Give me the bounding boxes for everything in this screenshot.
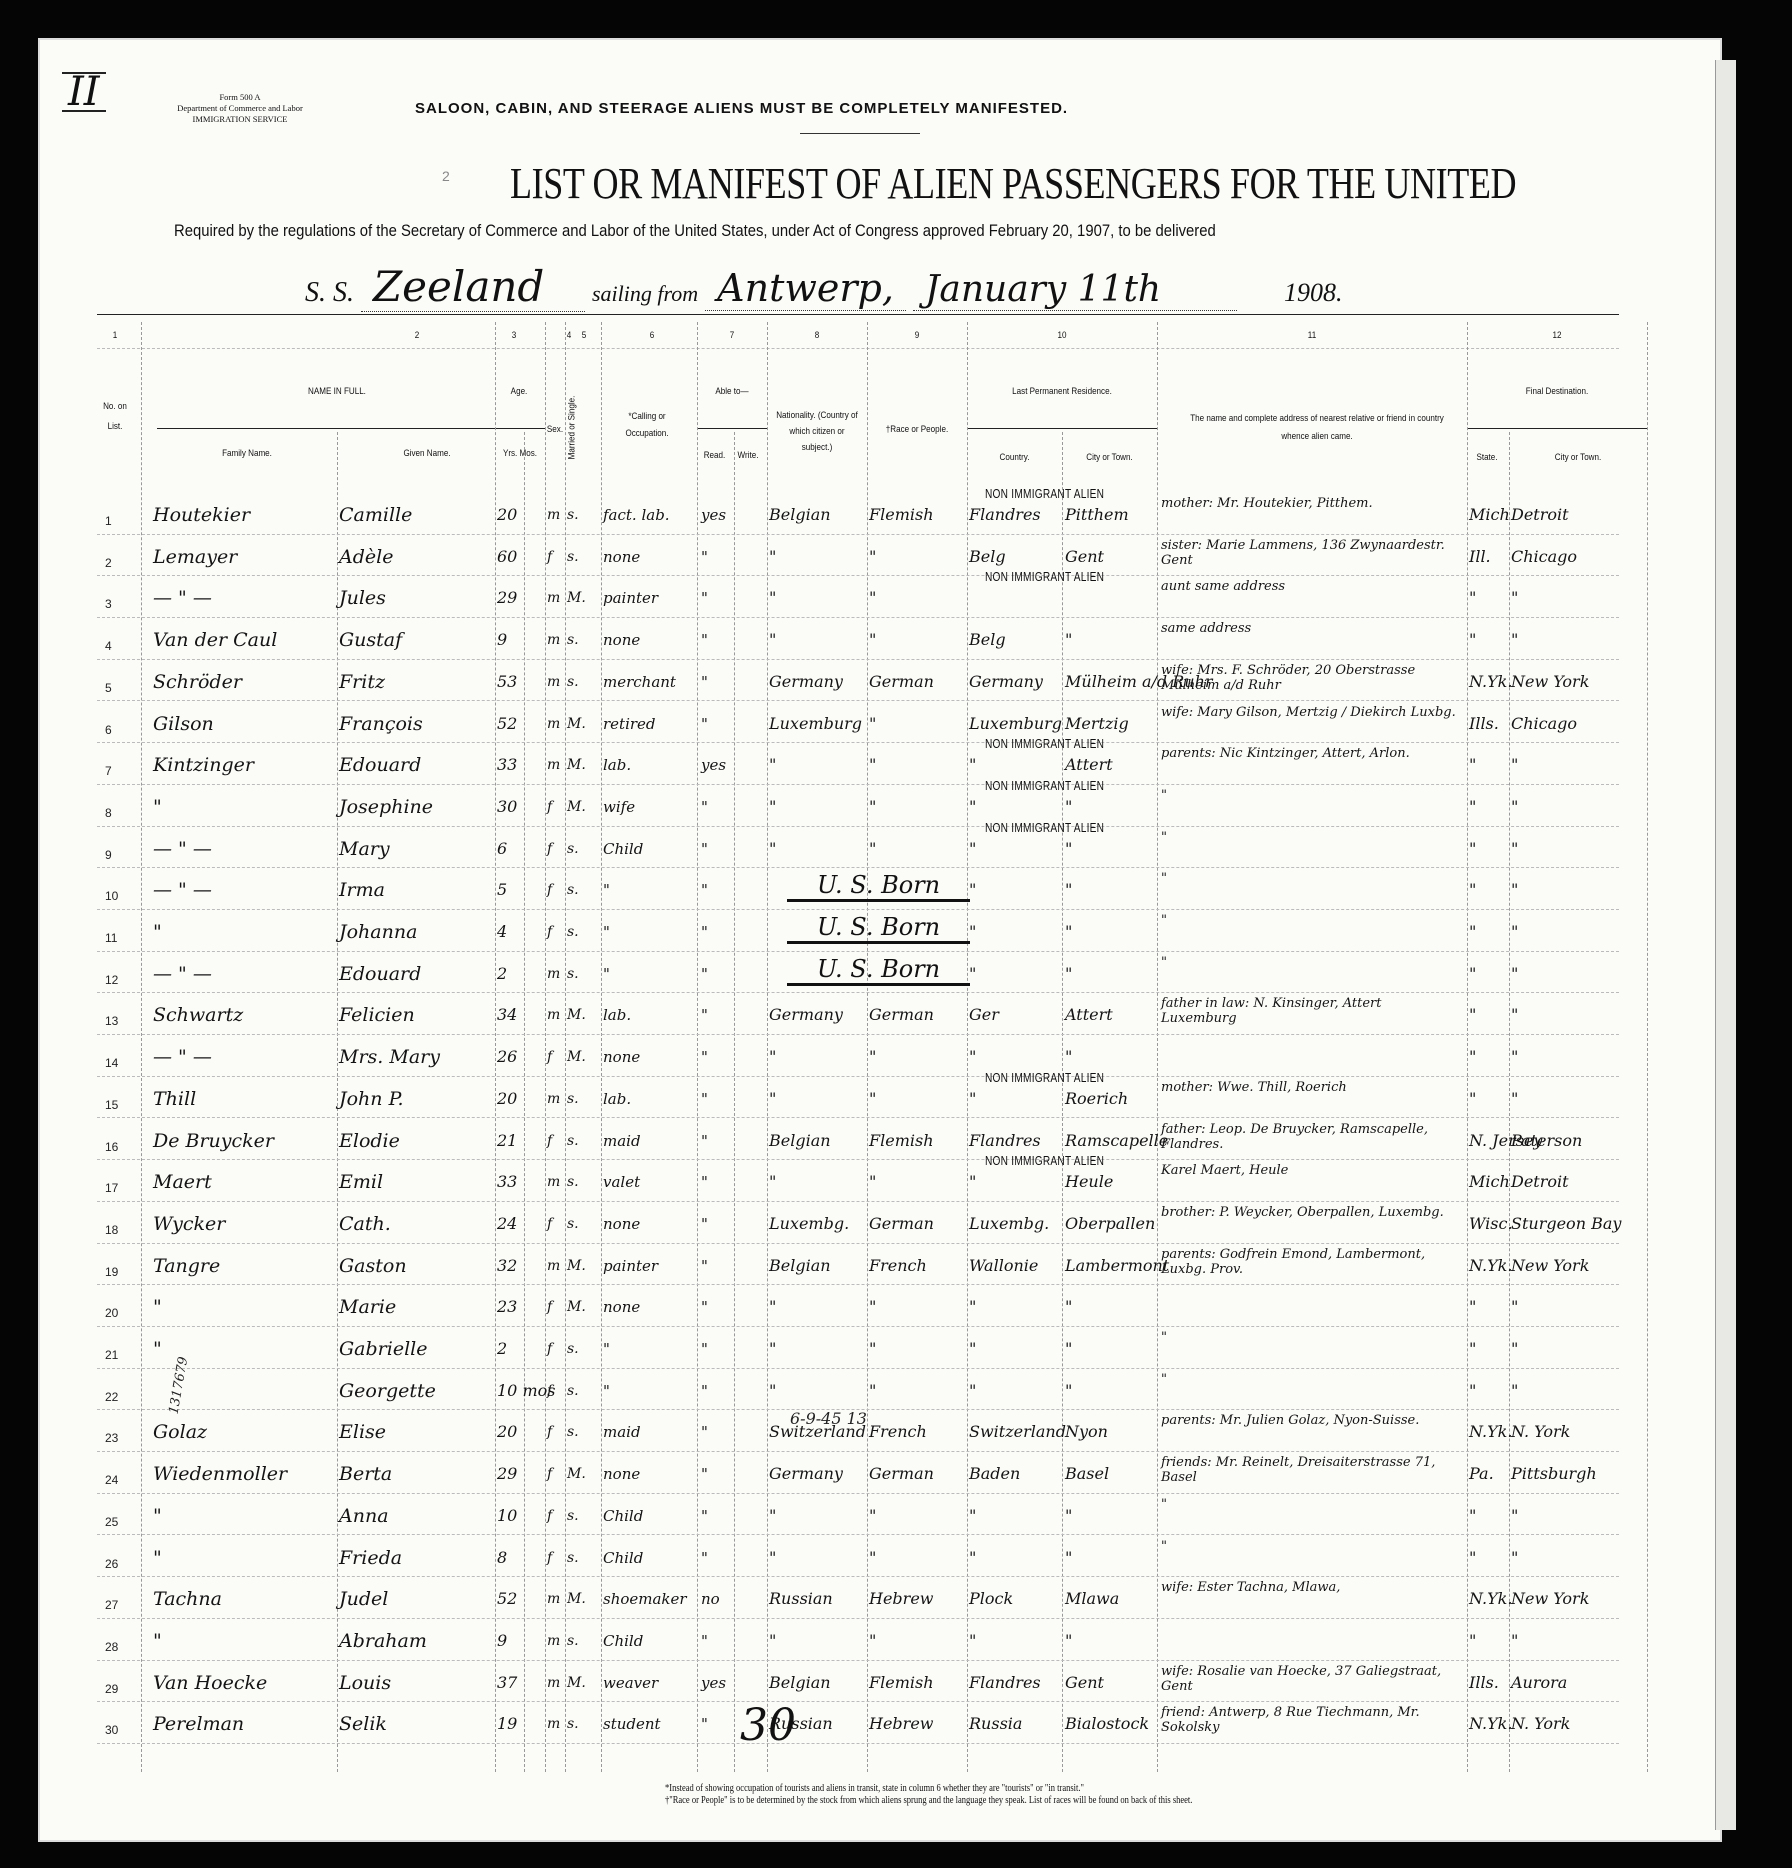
table-row: 2LemayerAdèle60fs.none"""BelgGentsister:… [97, 534, 1619, 578]
age: 9 [497, 1630, 507, 1652]
residence-country: Russia [969, 1713, 1022, 1735]
nationality: " [769, 1088, 776, 1110]
given-name: Irma [339, 879, 385, 901]
age: 29 [497, 587, 517, 609]
residence-city: " [1065, 1046, 1072, 1068]
residence-city: " [1065, 1547, 1072, 1569]
given-name: Elodie [339, 1130, 400, 1152]
row-number: 13 [105, 1010, 118, 1032]
age: 20 [497, 504, 517, 526]
non-immigrant-stamp: NON IMMIGRANT ALIEN [985, 736, 1104, 751]
given-name: Selik [339, 1713, 387, 1735]
given-name: Jules [339, 587, 386, 609]
race: " [869, 1505, 876, 1527]
sex: f [547, 1421, 552, 1443]
residence-country: Luxemburg [969, 713, 1062, 735]
race: " [869, 1380, 876, 1402]
race: " [869, 629, 876, 651]
subtitle: Required by the regulations of the Secre… [174, 222, 1216, 241]
occupation: Child [603, 1547, 643, 1569]
occupation: none [603, 1046, 640, 1068]
given-name: Gabrielle [339, 1338, 427, 1360]
destination-city: Chicago [1511, 713, 1577, 735]
residence-city: " [1065, 1630, 1072, 1652]
race: " [869, 1296, 876, 1318]
given-name: Elise [339, 1421, 386, 1443]
footnote-race: †"Race or People" is to be determined by… [665, 1795, 1192, 1807]
nearest-relative: " [1161, 1539, 1461, 1554]
family-name: Schröder [153, 671, 242, 693]
marital-status: s. [567, 1088, 579, 1110]
occupation: lab. [603, 754, 631, 776]
family-name: Tachna [153, 1588, 222, 1610]
destination-city: " [1511, 1046, 1518, 1068]
read-write: yes [701, 754, 726, 776]
nationality: " [769, 587, 776, 609]
read-write: " [701, 546, 708, 568]
passenger-tally: 30 [740, 1700, 796, 1751]
family-name: Wiedenmoller [153, 1463, 287, 1485]
sex: m [547, 1588, 560, 1610]
given-name: John P. [339, 1088, 404, 1110]
row-rule [97, 1743, 1619, 1744]
table-row: 3— " —Jules29mM.painter"""aunt same addr… [97, 575, 1619, 619]
table-row: 12— " —Edouard2ms."""""""U. S. Born [97, 951, 1619, 995]
nearest-relative: " [1161, 788, 1461, 803]
nearest-relative: father in law: N. Kinsinger, Attert Luxe… [1161, 996, 1461, 1026]
col-num-3: 3 [501, 330, 527, 341]
nearest-relative: " [1161, 1497, 1461, 1512]
row-number: 23 [105, 1427, 118, 1449]
nearest-relative: father: Leop. De Bruycker, Ramscapelle, … [1161, 1122, 1461, 1152]
sex: f [547, 1213, 552, 1235]
row-number: 26 [105, 1553, 118, 1575]
row-number: 5 [105, 677, 112, 699]
read-write: " [701, 1380, 708, 1402]
occupation: weaver [603, 1672, 658, 1694]
footnotes: *Instead of showing occupation of touris… [665, 1783, 1192, 1807]
given-name: Emil [339, 1171, 383, 1193]
table-row: 28"Abraham9ms.Child""""""" [97, 1618, 1619, 1662]
nationality: Germany [769, 1463, 843, 1485]
family-name: Gilson [153, 713, 214, 735]
family-name: " [153, 1296, 162, 1318]
header-city: City or Town. [1069, 452, 1150, 463]
occupation: retired [603, 713, 656, 735]
nearest-relative: parents: Mr. Julien Golaz, Nyon-Suisse. [1161, 1413, 1461, 1428]
sex: m [547, 1630, 560, 1652]
residence-city: Gent [1065, 1672, 1104, 1694]
row-number: 8 [105, 802, 112, 824]
read-write: " [701, 963, 708, 985]
destination-city: " [1511, 879, 1518, 901]
destination-city: " [1511, 838, 1518, 860]
destination-state: " [1469, 1004, 1476, 1026]
read-write: " [701, 587, 708, 609]
col-num-11: 11 [1180, 330, 1444, 341]
race: " [869, 1338, 876, 1360]
destination-city: " [1511, 1505, 1518, 1527]
given-name: François [339, 713, 423, 735]
destination-city: New York [1511, 1255, 1589, 1277]
nearest-relative: " [1161, 830, 1461, 845]
occupation: " [603, 963, 610, 985]
read-write: " [701, 1004, 708, 1026]
destination-city: " [1511, 754, 1518, 776]
row-number: 6 [105, 719, 112, 741]
sex: m [547, 1088, 560, 1110]
age: 2 [497, 1338, 507, 1360]
residence-city: Mertzig [1065, 713, 1129, 735]
residence-country: Wallonie [969, 1255, 1038, 1277]
occupation: Child [603, 1505, 643, 1527]
occupation: Child [603, 838, 643, 860]
header-read: Read. [700, 450, 730, 461]
residence-city: Bialostock [1065, 1713, 1149, 1735]
read-write: yes [701, 504, 726, 526]
sex: f [547, 546, 552, 568]
col-num-5: 5 [576, 330, 593, 341]
page-edge [1715, 60, 1736, 1830]
read-write: " [701, 838, 708, 860]
age: 4 [497, 921, 507, 943]
destination-city: " [1511, 1338, 1518, 1360]
divider [800, 133, 920, 134]
manifest-table: 1 2 3 4 5 6 7 8 9 10 11 12 No. on List. … [97, 312, 1619, 1772]
residence-country: Luxembg. [969, 1213, 1049, 1235]
family-name: Schwartz [153, 1004, 243, 1026]
destination-state: Ill. [1469, 546, 1491, 568]
row-number: 1 [105, 510, 112, 532]
family-name: Van der Caul [153, 629, 277, 651]
residence-city: Attert [1065, 754, 1113, 776]
destination-state: N.Yk. [1469, 1255, 1512, 1277]
table-row: 15ThillJohn P.20ms.lab.""""Roerichmother… [97, 1076, 1619, 1120]
header-married-single: Married or Single. [567, 389, 578, 466]
family-name: — " — [153, 1046, 212, 1068]
row-number: 10 [105, 885, 118, 907]
table-row: 7KintzingerEdouard33mM.lab.yes"""Attertp… [97, 742, 1619, 786]
nearest-relative: aunt same address [1161, 579, 1461, 594]
table-row: 22Georgette10 mosfs.""""""""" [97, 1368, 1619, 1412]
sex: m [547, 963, 560, 985]
nearest-relative: sister: Marie Lammens, 136 Zwynaardestr.… [1161, 538, 1461, 568]
nearest-relative: Karel Maert, Heule [1161, 1163, 1461, 1178]
destination-state: " [1469, 963, 1476, 985]
header-relative: The name and complete address of nearest… [1190, 410, 1445, 446]
residence-city: Oberpallen [1065, 1213, 1155, 1235]
header-yrs-mos: Yrs. Mos. [499, 448, 542, 459]
nearest-relative: wife: Mary Gilson, Mertzig / Diekirch Lu… [1161, 705, 1461, 720]
occupation: " [603, 921, 610, 943]
given-name: Judel [339, 1588, 388, 1610]
read-write: " [701, 1713, 708, 1735]
family-name: — " — [153, 963, 212, 985]
age: 9 [497, 629, 507, 651]
marital-status: M. [567, 713, 586, 735]
given-name: Abraham [339, 1630, 427, 1652]
header-country: Country. [974, 452, 1055, 463]
residence-country: " [969, 1338, 976, 1360]
destination-city: Detroit [1511, 1171, 1569, 1193]
read-write: " [701, 629, 708, 651]
given-name: Louis [339, 1672, 391, 1694]
given-name: Edouard [339, 963, 421, 985]
sex: m [547, 587, 560, 609]
year: 1908. [1284, 278, 1343, 307]
residence-city: " [1065, 963, 1072, 985]
table-row: 19TangreGaston32mM.painter"BelgianFrench… [97, 1243, 1619, 1287]
destination-city: Chicago [1511, 546, 1577, 568]
ship-prefix: S. S. [305, 277, 354, 308]
residence-country: " [969, 1171, 976, 1193]
destination-city: " [1511, 1547, 1518, 1569]
age: 33 [497, 1171, 517, 1193]
given-name: Gaston [339, 1255, 407, 1277]
given-name: Cath. [339, 1213, 391, 1235]
residence-country: " [969, 1088, 976, 1110]
family-name: Lemayer [153, 546, 237, 568]
destination-city: New York [1511, 671, 1589, 693]
nearest-relative: mother: Mr. Houtekier, Pitthem. [1161, 496, 1461, 511]
race: " [869, 1547, 876, 1569]
read-write: " [701, 1130, 708, 1152]
residence-city: " [1065, 1380, 1072, 1402]
age: 10 [497, 1505, 517, 1527]
family-name: Golaz [153, 1421, 207, 1443]
table-row: 26"Frieda8fs.Child"""""""" [97, 1535, 1619, 1579]
form-info: Form 500 A Department of Commerce and La… [160, 92, 320, 125]
table-row: 13SchwartzFelicien34mM.lab."GermanyGerma… [97, 992, 1619, 1036]
given-name: Frieda [339, 1547, 402, 1569]
residence-city: Lambermont [1065, 1255, 1169, 1277]
occupation: lab. [603, 1088, 631, 1110]
destination-state: Wisc. [1469, 1213, 1513, 1235]
sex: m [547, 504, 560, 526]
nationality: " [769, 838, 776, 860]
nearest-relative: " [1161, 955, 1461, 970]
destination-state: N.Yk. [1469, 671, 1512, 693]
row-number: 14 [105, 1052, 118, 1074]
residence-country: " [969, 1505, 976, 1527]
destination-city: Detroit [1511, 504, 1569, 526]
residence-country: Belg [969, 629, 1006, 651]
residence-country: Switzerland [969, 1421, 1066, 1443]
nearest-relative: wife: Mrs. F. Schröder, 20 Oberstrasse M… [1161, 663, 1461, 693]
occupation: fact. lab. [603, 504, 670, 526]
residence-city: Roerich [1065, 1088, 1128, 1110]
header-family-name: Family Name. [171, 448, 324, 459]
non-immigrant-stamp: NON IMMIGRANT ALIEN [985, 1153, 1104, 1168]
age: 37 [497, 1672, 517, 1694]
footnote-occupation: *Instead of showing occupation of touris… [665, 1783, 1192, 1795]
read-write: " [701, 921, 708, 943]
row-number: 11 [105, 927, 117, 949]
occupation: painter [603, 1255, 658, 1277]
residence-city: " [1065, 838, 1072, 860]
race: " [869, 1630, 876, 1652]
col-divider [1647, 322, 1648, 1772]
marital-status: M. [567, 1463, 586, 1485]
race: " [869, 754, 876, 776]
destination-city: Paterson [1511, 1130, 1582, 1152]
read-write: " [701, 1463, 708, 1485]
sex: m [547, 629, 560, 651]
destination-city: " [1511, 1004, 1518, 1026]
form-number: Form 500 A [160, 92, 320, 103]
col-num-6: 6 [614, 330, 691, 341]
residence-country: " [969, 796, 976, 818]
destination-state: " [1469, 1547, 1476, 1569]
table-row: 14— " —Mrs. Mary26fM.none""""""" [97, 1034, 1619, 1078]
residence-city: " [1065, 1338, 1072, 1360]
non-immigrant-stamp: NON IMMIGRANT ALIEN [985, 569, 1104, 584]
race: " [869, 713, 876, 735]
table-row: 18WyckerCath.24fs.none"Luxembg.GermanLux… [97, 1201, 1619, 1245]
age: 20 [497, 1088, 517, 1110]
sex: m [547, 1672, 560, 1694]
destination-city: New York [1511, 1588, 1589, 1610]
destination-state: Ills. [1469, 713, 1499, 735]
family-name: Tangre [153, 1255, 220, 1277]
nationality: " [769, 1630, 776, 1652]
residence-header-rule [967, 428, 1157, 429]
marital-status: s. [567, 1213, 579, 1235]
nearest-relative: brother: P. Weycker, Oberpallen, Luxembg… [1161, 1205, 1461, 1220]
marital-status: s. [567, 1505, 579, 1527]
nearest-relative: friends: Mr. Reinelt, Dreisaiterstrasse … [1161, 1455, 1461, 1485]
residence-country: Flandres [969, 1130, 1041, 1152]
destination-state: N.Yk. [1469, 1421, 1512, 1443]
nationality: " [769, 629, 776, 651]
nationality: Luxemburg [769, 713, 862, 735]
race: Flemish [869, 1672, 934, 1694]
family-name: — " — [153, 587, 212, 609]
row-number: 12 [105, 969, 118, 991]
sex: f [547, 1338, 552, 1360]
marital-status: s. [567, 1630, 579, 1652]
destination-state: " [1469, 796, 1476, 818]
race: French [869, 1255, 927, 1277]
residence-city: " [1065, 1296, 1072, 1318]
us-born-note: U. S. Born [787, 871, 970, 902]
header-last-residence: Last Permanent Residence. [981, 386, 1143, 397]
marital-status: s. [567, 1338, 579, 1360]
marital-status: s. [567, 629, 579, 651]
header-no-on-list: No. on List. [95, 397, 136, 437]
us-born-note: U. S. Born [787, 913, 970, 944]
race: " [869, 1171, 876, 1193]
occupation: shoemaker [603, 1588, 687, 1610]
given-name: Marie [339, 1296, 396, 1318]
sex: f [547, 796, 552, 818]
destination-state: " [1469, 1296, 1476, 1318]
destination-city: Sturgeon Bay [1511, 1213, 1621, 1235]
table-row: 10— " —Irma5fs."""""""U. S. Born [97, 867, 1619, 911]
header-name-in-full: NAME IN FULL. [184, 386, 490, 397]
family-name: Perelman [153, 1713, 244, 1735]
destination-state: " [1469, 1505, 1476, 1527]
row-number: 2 [105, 552, 112, 574]
sex: f [547, 1547, 552, 1569]
table-row: 29Van HoeckeLouis37mM.weaveryesBelgianFl… [97, 1660, 1619, 1704]
service: IMMIGRATION SERVICE [160, 114, 320, 125]
destination-city: Aurora [1511, 1672, 1567, 1694]
nationality: " [769, 796, 776, 818]
given-name: Georgette [339, 1380, 436, 1402]
row-number: 20 [105, 1302, 118, 1324]
family-name: " [153, 796, 162, 818]
read-write: " [701, 1421, 708, 1443]
read-write: no [701, 1588, 720, 1610]
nationality: " [769, 1296, 776, 1318]
residence-country: " [969, 1547, 976, 1569]
row-number: 24 [105, 1469, 118, 1491]
destination-state: Pa. [1469, 1463, 1494, 1485]
row-number: 18 [105, 1219, 118, 1241]
row-number: 30 [105, 1719, 118, 1741]
family-name: De Bruycker [153, 1130, 274, 1152]
banner: SALOON, CABIN, AND STEERAGE ALIENS MUST … [415, 100, 1315, 117]
destination-city: N. York [1511, 1713, 1570, 1735]
given-name: Fritz [339, 671, 385, 693]
occupation: lab. [603, 1004, 631, 1026]
age: 23 [497, 1296, 517, 1318]
read-write: " [701, 1630, 708, 1652]
header-age: Age. [500, 386, 537, 397]
marital-status: s. [567, 879, 579, 901]
nationality: " [769, 754, 776, 776]
occupation: " [603, 879, 610, 901]
read-write: " [701, 1255, 708, 1277]
residence-country: Flandres [969, 504, 1041, 526]
family-name: Houtekier [153, 504, 250, 526]
table-row: 30PerelmanSelik19ms.student"RussianHebre… [97, 1701, 1619, 1745]
table-row: 11"Johanna4fs."""""""U. S. Born [97, 909, 1619, 953]
marital-status: s. [567, 504, 579, 526]
residence-country: Belg [969, 546, 1006, 568]
read-write: " [701, 1338, 708, 1360]
marital-status: M. [567, 1255, 586, 1277]
residence-country: " [969, 1630, 976, 1652]
nationality: " [769, 1046, 776, 1068]
family-name: — " — [153, 838, 212, 860]
destination-city: " [1511, 1088, 1518, 1110]
row-number: 4 [105, 635, 112, 657]
row-number: 3 [105, 593, 112, 615]
race: German [869, 671, 934, 693]
marital-status: s. [567, 1713, 579, 1735]
age: 8 [497, 1547, 507, 1569]
occupation: valet [603, 1171, 640, 1193]
sex: m [547, 1255, 560, 1277]
port: Antwerp, [705, 266, 906, 311]
able-header-rule [697, 428, 767, 429]
given-name: Johanna [339, 921, 417, 943]
nationality: Belgian [769, 1672, 831, 1694]
destination-state: " [1469, 1046, 1476, 1068]
nearest-relative: " [1161, 1330, 1461, 1345]
nationality: " [769, 1380, 776, 1402]
residence-city: " [1065, 879, 1072, 901]
marital-status: M. [567, 796, 586, 818]
marital-status: s. [567, 838, 579, 860]
age: 33 [497, 754, 517, 776]
nearest-relative: " [1161, 871, 1461, 886]
residence-country: " [969, 838, 976, 860]
age: 30 [497, 796, 517, 818]
table-row: 16De BruyckerElodie21fs.maid"BelgianFlem… [97, 1118, 1619, 1162]
